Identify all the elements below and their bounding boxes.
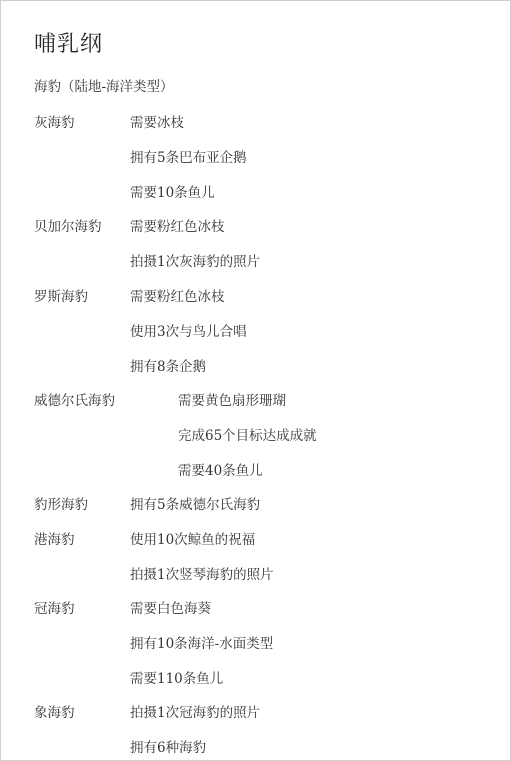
animal-name: 灰海豹	[34, 111, 75, 131]
requirement: 拥有5条巴布亚企鹅	[130, 146, 247, 166]
requirement: 拥有5条威德尔氏海豹	[130, 493, 260, 513]
page-title: 哺乳纲	[34, 27, 103, 58]
animal-name: 贝加尔海豹	[34, 215, 102, 235]
animal-name: 罗斯海豹	[34, 285, 88, 305]
requirement: 需要冰枝	[130, 111, 184, 131]
animal-name: 威德尔氏海豹	[34, 389, 115, 409]
requirement: 需要黄色扇形珊瑚	[178, 389, 286, 409]
animal-name: 象海豹	[34, 701, 75, 721]
document-page: 哺乳纲 海豹（陆地-海洋类型） 灰海豹 需要冰枝 拥有5条巴布亚企鹅 需要10条…	[0, 0, 511, 761]
requirement: 拥有8条企鹅	[130, 355, 206, 375]
requirement: 完成65个目标达成成就	[178, 424, 317, 444]
requirement: 拍摄1次竖琴海豹的照片	[130, 563, 274, 583]
requirement: 需要10条鱼儿	[130, 181, 215, 201]
animal-name: 豹形海豹	[34, 493, 88, 513]
requirement: 需要40条鱼儿	[178, 459, 263, 479]
requirement: 需要白色海葵	[130, 597, 211, 617]
requirement: 拥有6种海豹	[130, 736, 206, 756]
section-subtitle: 海豹（陆地-海洋类型）	[34, 75, 174, 95]
requirement: 拍摄1次灰海豹的照片	[130, 250, 260, 270]
requirement: 需要粉红色冰枝	[130, 285, 225, 305]
requirement: 拍摄1次冠海豹的照片	[130, 701, 260, 721]
requirement: 使用10次鲸鱼的祝福	[130, 528, 255, 548]
animal-name: 冠海豹	[34, 597, 75, 617]
requirement: 使用3次与鸟儿合唱	[130, 320, 247, 340]
animal-name: 港海豹	[34, 528, 75, 548]
requirement: 需要粉红色冰枝	[130, 215, 225, 235]
requirement: 需要110条鱼儿	[130, 667, 223, 687]
requirement: 拥有10条海洋-水面类型	[130, 632, 273, 652]
